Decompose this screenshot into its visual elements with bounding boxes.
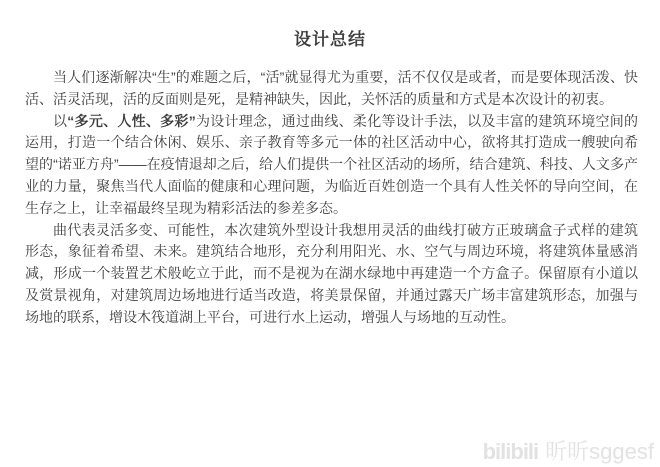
paragraph-1-text: 当人们逐渐解决“生”的难题之后，“活”就显得尤为重要，活不仅仅是或者，而是要体现… (25, 69, 638, 107)
paragraph-2: 以“多元、人性、多彩”为设计理念，通过曲线、柔化等设计手法，以及丰富的建筑环境空… (25, 111, 638, 220)
document-page: 设计总结 当人们逐渐解决“生”的难题之后，“活”就显得尤为重要，活不仅仅是或者，… (0, 0, 660, 467)
watermark-username: 昕昕sggesf (545, 439, 654, 464)
page-title: 设计总结 (0, 0, 660, 50)
bilibili-logo: bilibili (483, 439, 539, 464)
design-concept-bold-text: “多元、人性、多彩” (67, 113, 195, 129)
paragraph-3: 曲代表灵活多变、可能性，本次建筑外型设计我想用灵活的曲线打破方正玻璃盒子式样的建… (25, 220, 638, 329)
bilibili-watermark: bilibili昕昕sggesf (483, 439, 654, 465)
paragraph-1: 当人们逐渐解决“生”的难题之后，“活”就显得尤为重要，活不仅仅是或者，而是要体现… (25, 67, 638, 111)
document-body: 当人们逐渐解决“生”的难题之后，“活”就显得尤为重要，活不仅仅是或者，而是要体现… (25, 67, 638, 329)
paragraph-2-lead: 以 (53, 113, 67, 129)
paragraph-3-text: 曲代表灵活多变、可能性，本次建筑外型设计我想用灵活的曲线打破方正玻璃盒子式样的建… (25, 222, 638, 325)
